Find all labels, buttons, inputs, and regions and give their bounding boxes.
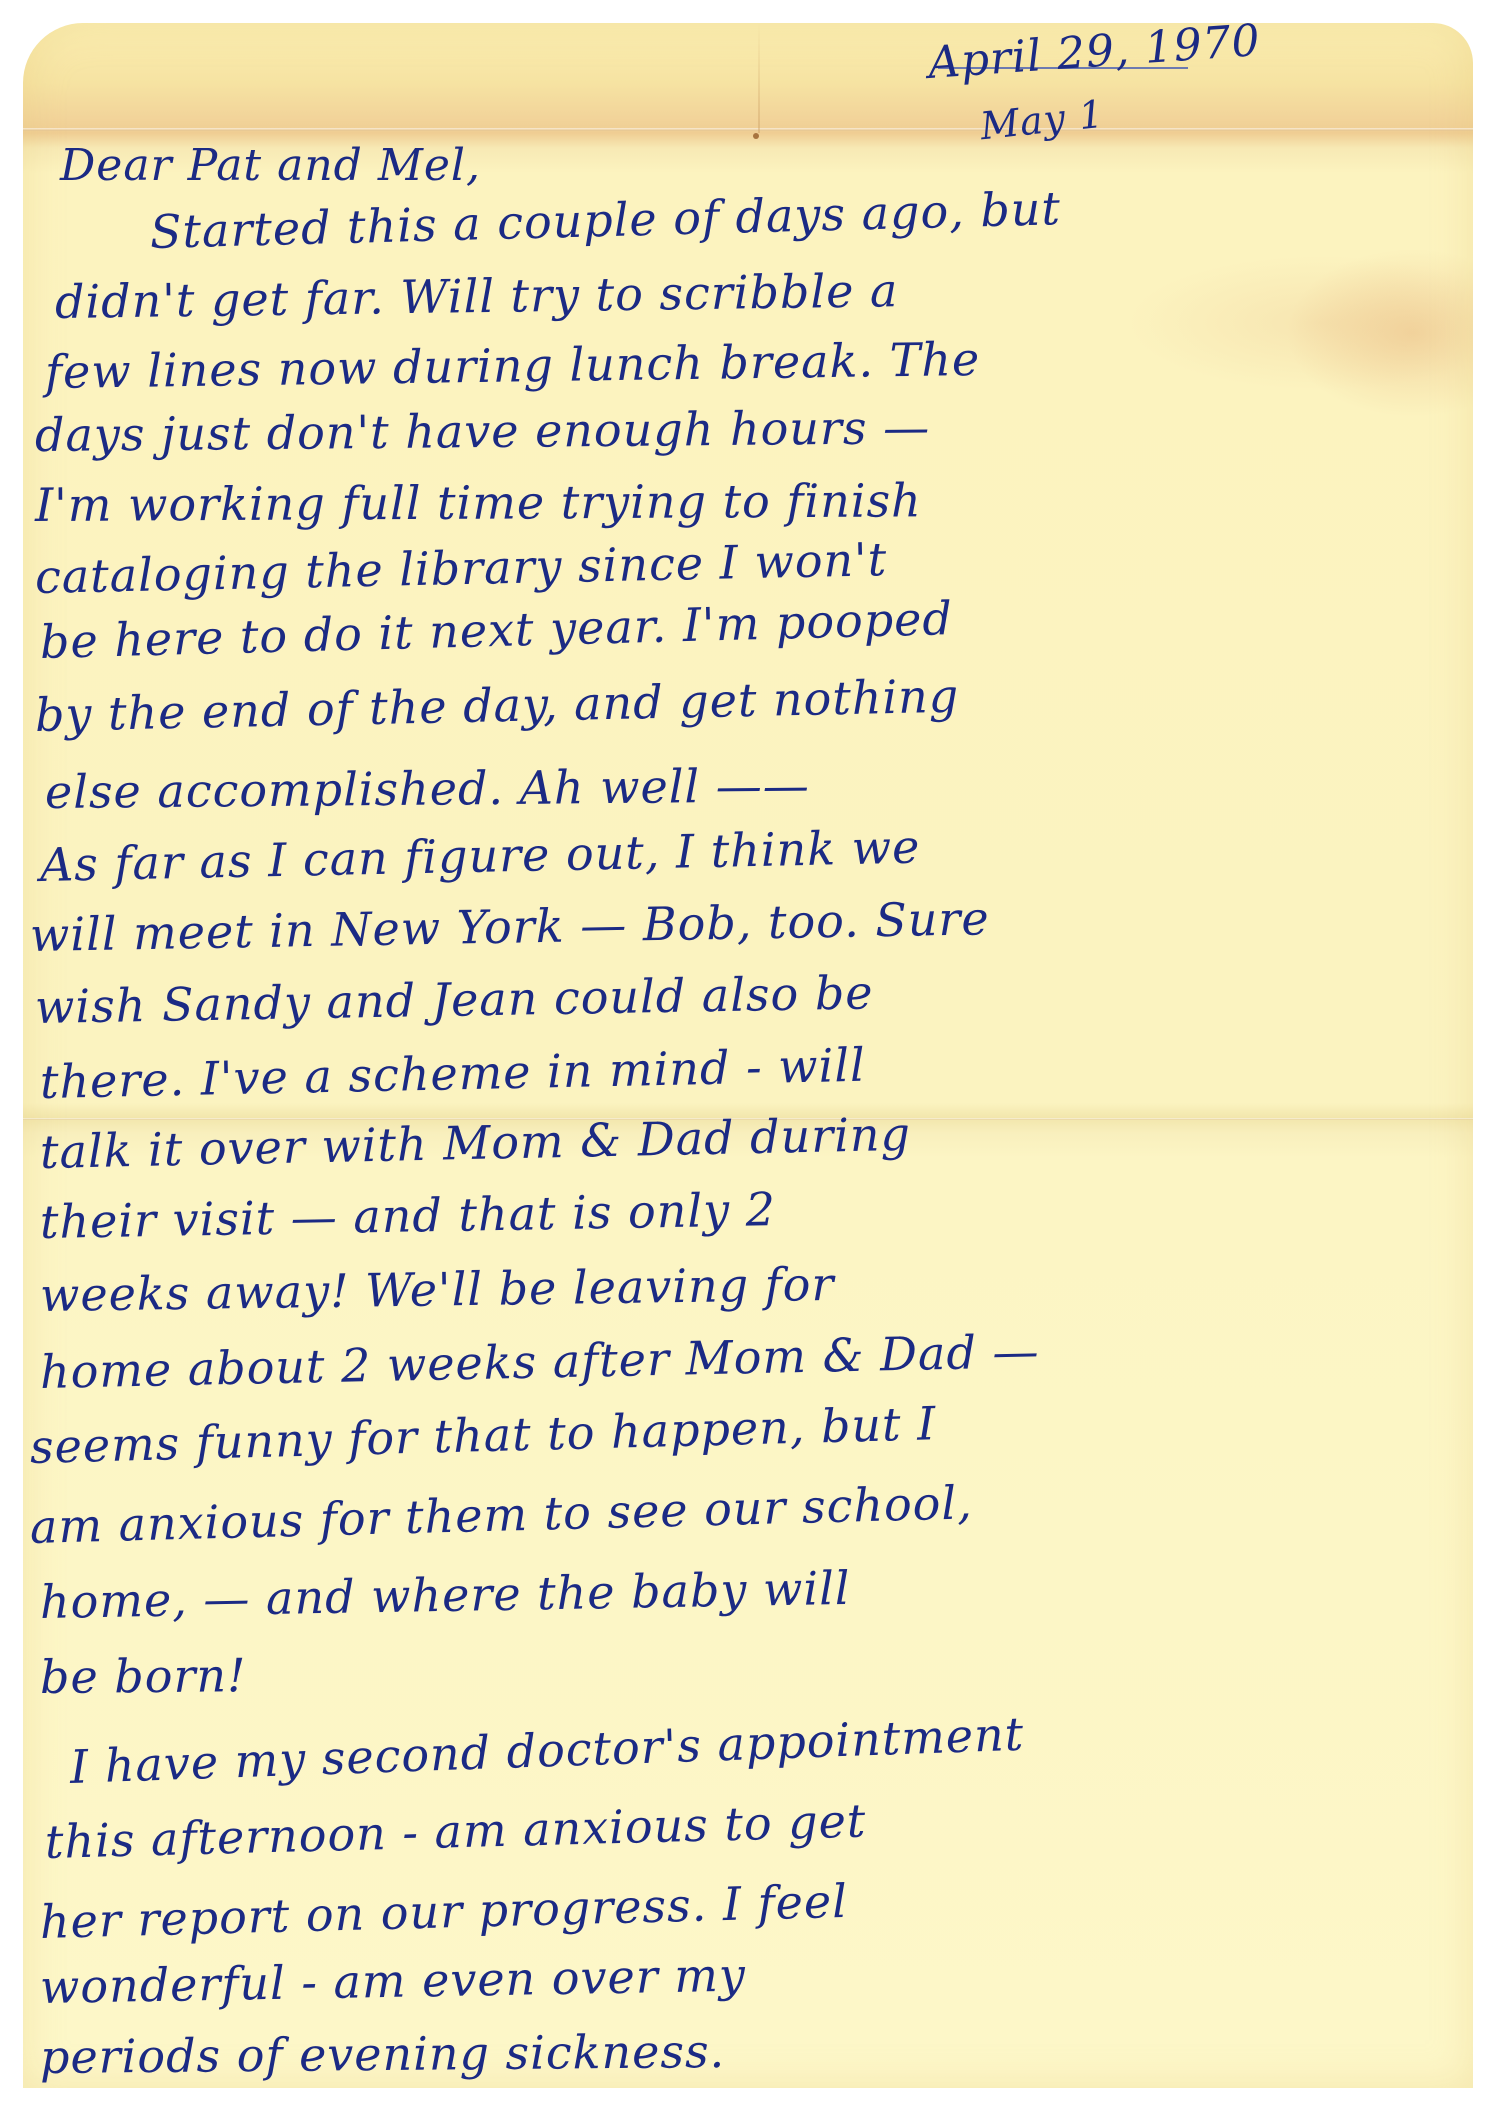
letter-line-16: weeks away! We'll be leaving for: [40, 1257, 835, 1322]
fold-crease-top: [23, 128, 1473, 131]
letter-line-26: periods of evening sickness.: [40, 2024, 726, 2084]
letter-line-5: I'm working full time trying to finish: [35, 473, 922, 532]
letter-line-9: else accomplished. Ah well ——: [45, 758, 810, 819]
letter-line-21: be born!: [40, 1648, 247, 1704]
fold-crease-vertical: [758, 23, 760, 133]
salutation: Dear Pat and Mel,: [60, 140, 481, 191]
stain-spot: [753, 133, 759, 139]
letter-line-4: days just don't have enough hours —: [35, 400, 931, 462]
